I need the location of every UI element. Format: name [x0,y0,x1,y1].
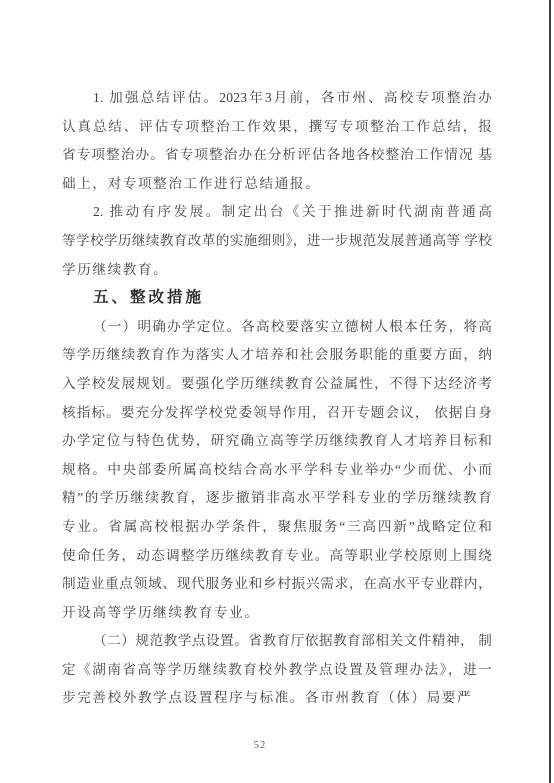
text-line: 1. 加强总结评估。2023年3月前，各市州、高校专项整治办 [62,84,492,113]
page-number: 52 [0,740,520,751]
text-line: 使命任务，动态调整学历继续教育专业。高等职业学校原则上围绕 [62,542,492,571]
scan-edge-line [549,0,551,783]
text-line: 制造业重点领域、现代服务业和乡村振兴需求，在高水平专业群内， [62,570,492,599]
text-line: 省专项整治办。省专项整治办在分析评估各地各校整治工作情况 基 [62,141,492,170]
text-line: 入学校发展规划。要强化学历继续教育公益属性，不得下达经济考 [62,370,492,399]
text-line: 等学校学历继续教育改革的实施细则》，进一步规范发展普通高等 学校 [62,227,492,256]
text-line: 础上，对专项整治工作进行总结通报。 [62,170,492,199]
text-line: 开设高等学历继续教育专业。 [62,599,492,628]
text-line: 精”的学历继续教育，逐步撤销非高水平学科专业的学历继续教育 [62,484,492,513]
text-line: 专业。省属高校根据办学条件，聚焦服务“三高四新”战略定位和 [62,513,492,542]
text-line: 等学历继续教育作为落实人才培养和社会服务职能的重要方面，纳 [62,341,492,370]
text-line: 定《湖南省高等学历继续教育校外教学点设置及管理办法》，进一 [62,656,492,685]
text-line: 规格。中央部委所属高校结合高水平学科专业举办“少而优、小而 [62,456,492,485]
text-line: （一）明确办学定位。各高校要落实立德树人根本任务，将高 [62,313,492,342]
document-text-block: 1. 加强总结评估。2023年3月前，各市州、高校专项整治办 认真总结、评估专项… [62,84,492,713]
text-line: 学历继续教育。 [62,256,492,285]
text-line: 步完善校外教学点设置程序与标准。各市州教育（体）局要严 [62,684,492,713]
text-line: （二）规范教学点设置。省教育厅依据教育部相关文件精神， 制 [62,627,492,656]
text-line: 认真总结、评估专项整治工作效果，撰写专项整治工作总结，报 [62,113,492,142]
text-line: 2. 推动有序发展。制定出台《关于推进新时代湖南普通高 [62,198,492,227]
section-heading: 五、整改措施 [62,284,492,313]
text-line: 办学定位与特色优势，研究确立高等学历继续教育人才培养目标和 [62,427,492,456]
document-page: 1. 加强总结评估。2023年3月前，各市州、高校专项整治办 认真总结、评估专项… [0,0,554,783]
text-line: 核指标。要充分发挥学校党委领导作用，召开专题会议， 依据自身 [62,399,492,428]
